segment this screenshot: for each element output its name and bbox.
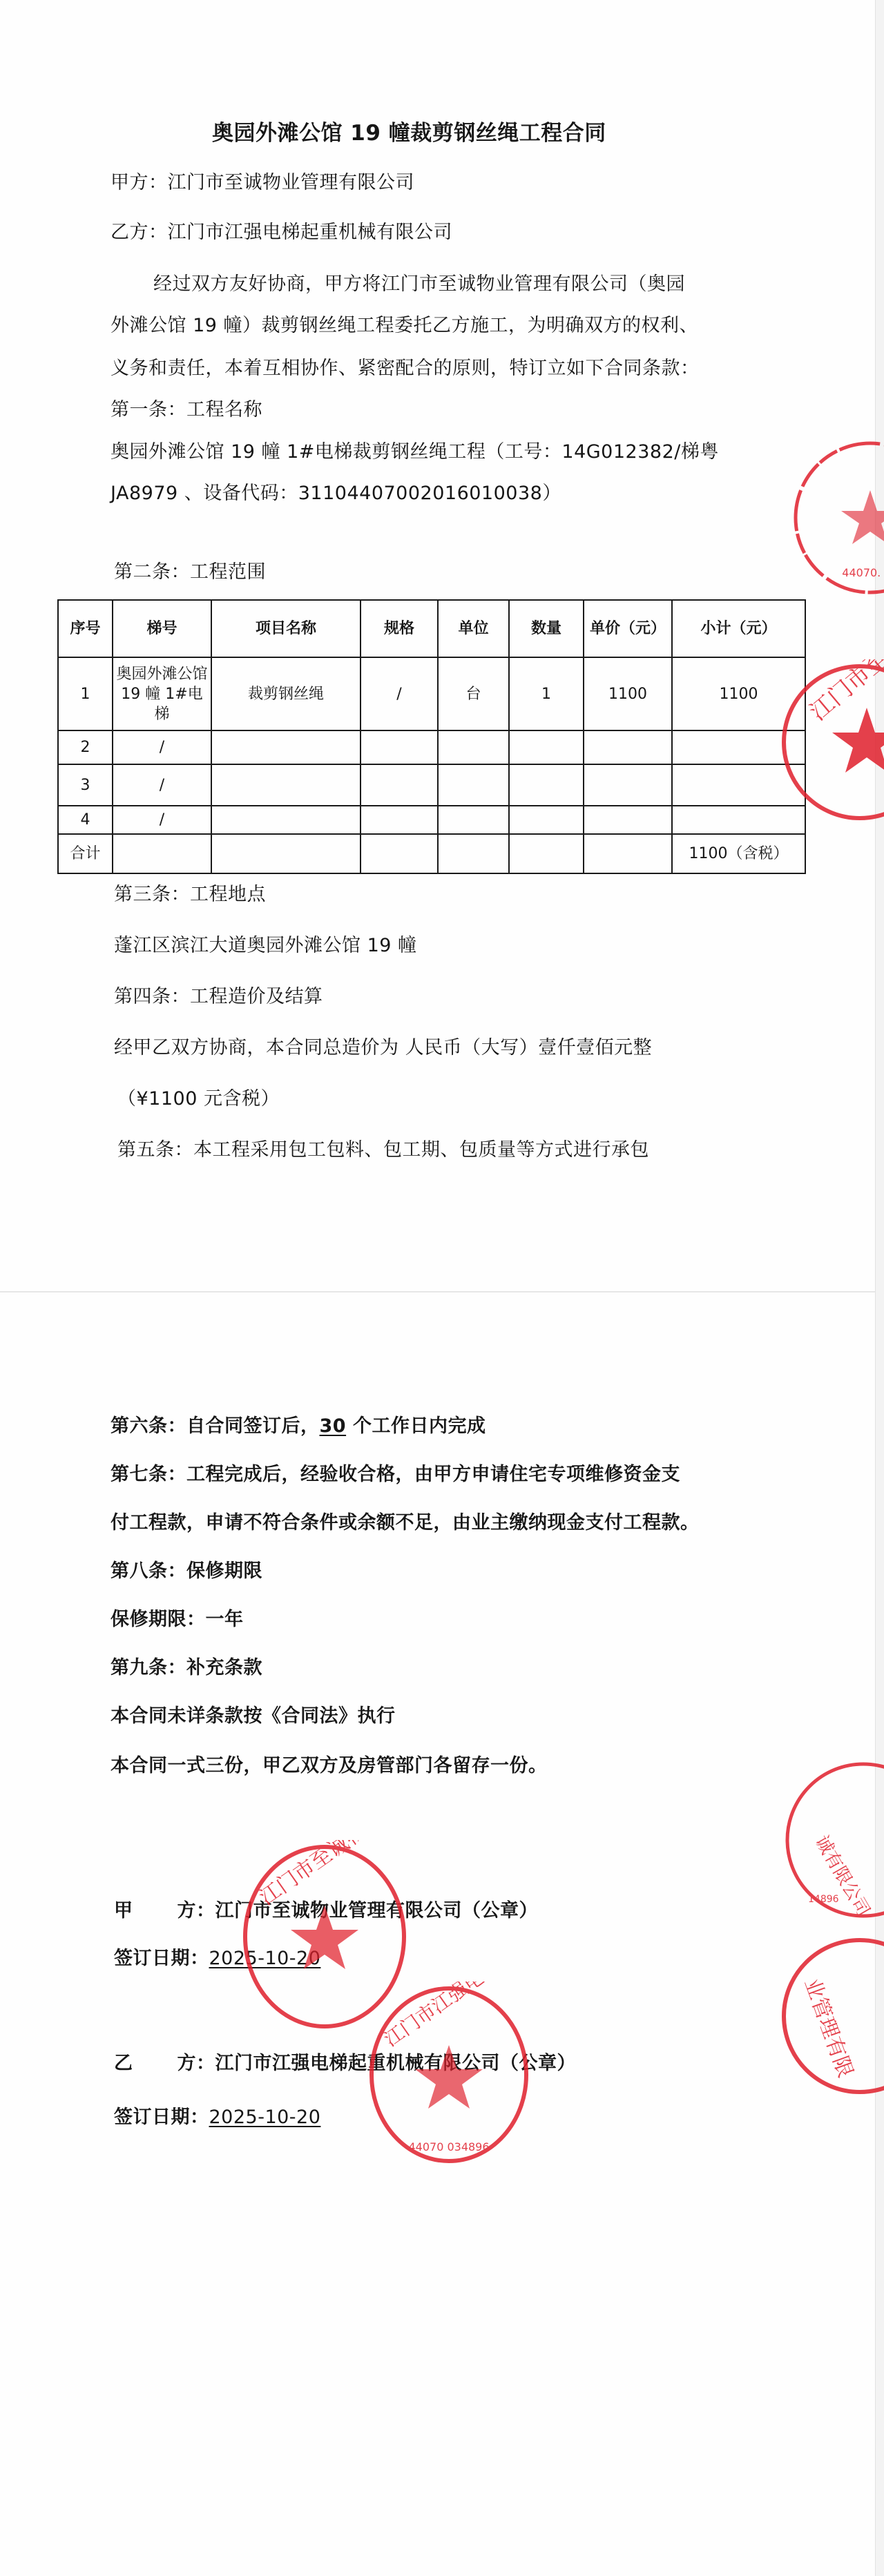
cell-qty — [509, 730, 584, 764]
cell-index: 4 — [58, 806, 113, 834]
article-4-heading: 第四条：工程造价及结算 — [114, 985, 323, 1009]
article-8-text: 保修期限：一年 — [110, 1607, 244, 1632]
article-5-text: 第五条：本工程采用包工包料、包工期、包质量等方式进行承包 — [117, 1138, 649, 1163]
article-6-line: 第六条：自合同签订后，30 个工作日内完成 — [110, 1414, 486, 1439]
article-6-days: 30 — [320, 1415, 347, 1437]
sign-party-b-date: 2025-10-20 — [209, 2107, 321, 2128]
article-7-line-1: 第七条：工程完成后，经验收合格，由甲方申请住宅专项维修资金支 — [110, 1462, 680, 1487]
sign-party-a-name: 江门市至诚物业管理有限公司（公章） — [215, 1900, 539, 1921]
table-row: 2 / — [58, 730, 805, 764]
sign-party-a-label-2: 方： — [177, 1900, 215, 1921]
table-row: 3 / — [58, 764, 805, 806]
empty-cell — [211, 834, 361, 873]
cell-elevator: / — [113, 764, 211, 806]
article-7-text-1: 工程完成后，经验收合格，由甲方申请住宅专项维修资金支 — [186, 1464, 680, 1485]
cell-qty — [509, 806, 584, 834]
cell-index: 3 — [58, 764, 113, 806]
cell-index: 2 — [58, 730, 113, 764]
empty-cell — [438, 834, 509, 873]
article-3-text: 蓬江区滨江大道奥园外滩公馆 19 幢 — [114, 933, 417, 958]
article-3-heading: 第三条：工程地点 — [114, 882, 266, 907]
table-header-row: 序号 梯号 项目名称 规格 单位 数量 单价（元） 小计（元） — [58, 600, 805, 657]
cell-unit-price — [584, 764, 672, 806]
sign-party-a-date-label: 签订日期： — [114, 1948, 209, 1969]
col-header-item: 项目名称 — [211, 600, 361, 657]
cell-unit — [438, 806, 509, 834]
cell-unit — [438, 730, 509, 764]
article-4-line-1: 经甲乙双方协商，本合同总造价为 人民币（大写）壹仟壹佰元整 — [114, 1036, 652, 1061]
cell-unit-price — [584, 730, 672, 764]
cell-item — [211, 806, 361, 834]
article-2-heading: 第二条：工程范围 — [114, 560, 266, 585]
col-header-index: 序号 — [58, 600, 113, 657]
col-header-subtotal: 小计（元） — [672, 600, 805, 657]
cell-elevator: 奥园外滩公馆 19 幢 1#电梯 — [113, 657, 211, 730]
col-header-qty: 数量 — [509, 600, 584, 657]
article-6-after: 个工作日内完成 — [346, 1415, 486, 1437]
table-row: 4 / — [58, 806, 805, 834]
article-9-line-2: 本合同一式三份，甲乙双方及房管部门各留存一份。 — [110, 1754, 548, 1779]
cell-qty — [509, 764, 584, 806]
sign-party-a-date-line: 签订日期：2025-10-20 — [114, 1946, 320, 1971]
sign-party-b: 乙方：江门市江强电梯起重机械有限公司（公章） — [114, 2051, 576, 2076]
cell-qty: 1 — [509, 657, 584, 730]
sign-party-b-name: 江门市江强电梯起重机械有限公司（公章） — [215, 2053, 577, 2074]
cell-spec: / — [361, 657, 438, 730]
empty-cell — [584, 834, 672, 873]
cell-spec — [361, 806, 438, 834]
col-header-unit-price: 单价（元） — [584, 600, 672, 657]
intro-line-2: 外滩公馆 19 幢）裁剪钢丝绳工程委托乙方施工，为明确双方的权利、 — [110, 313, 698, 338]
cell-item — [211, 764, 361, 806]
cell-elevator: / — [113, 730, 211, 764]
article-6-before: 自合同签订后， — [186, 1415, 320, 1437]
col-header-spec: 规格 — [361, 600, 438, 657]
article-6-prefix: 第六条： — [110, 1415, 186, 1437]
table-row: 1 奥园外滩公馆 19 幢 1#电梯 裁剪钢丝绳 / 台 1 1100 1100 — [58, 657, 805, 730]
cell-spec — [361, 730, 438, 764]
sign-party-b-date-line: 签订日期：2025-10-20 — [114, 2105, 320, 2130]
sign-party-a-date: 2025-10-20 — [209, 1948, 321, 1969]
sign-party-b-date-label: 签订日期： — [114, 2107, 209, 2128]
col-header-unit: 单位 — [438, 600, 509, 657]
party-a-label: 甲方： — [110, 172, 168, 193]
intro-line-1: 经过双方友好协商，甲方将江门市至诚物业管理有限公司（奥园 — [153, 272, 685, 297]
total-value: 1100（含税） — [672, 834, 805, 873]
sign-party-a: 甲方：江门市至诚物业管理有限公司（公章） — [114, 1899, 538, 1924]
cell-unit-price — [584, 806, 672, 834]
article-7-prefix: 第七条： — [110, 1464, 186, 1485]
party-b-label: 乙方： — [110, 222, 168, 243]
article-7-line-2: 付工程款，申请不符合条件或余额不足，由业主缴纳现金支付工程款。 — [110, 1511, 700, 1536]
party-a-name: 江门市至诚物业管理有限公司 — [168, 172, 415, 193]
article-9-line-1: 本合同未详条款按《合同法》执行 — [110, 1704, 396, 1729]
work-scope-table: 序号 梯号 项目名称 规格 单位 数量 单价（元） 小计（元） 1 奥园外滩公馆… — [57, 599, 806, 874]
cell-index: 1 — [58, 657, 113, 730]
table-total-row: 合计 1100（含税） — [58, 834, 805, 873]
scrollbar-track[interactable] — [875, 0, 884, 2576]
cell-subtotal — [672, 806, 805, 834]
party-a-line: 甲方：江门市至诚物业管理有限公司 — [110, 171, 414, 195]
article-1-line-2: JA8979 、设备代码：31104407002016010038） — [110, 481, 561, 506]
article-4-line-2: （¥1100 元含税） — [117, 1087, 280, 1112]
cell-item: 裁剪钢丝绳 — [211, 657, 361, 730]
party-b-line: 乙方：江门市江强电梯起重机械有限公司 — [110, 220, 452, 245]
cell-spec — [361, 764, 438, 806]
empty-cell — [509, 834, 584, 873]
empty-cell — [113, 834, 211, 873]
contract-title: 奥园外滩公馆 19 幢裁剪钢丝绳工程合同 — [212, 121, 606, 146]
cell-subtotal: 1100 — [672, 657, 805, 730]
party-b-name: 江门市江强电梯起重机械有限公司 — [168, 222, 453, 243]
intro-line-3: 义务和责任，本着互相协作、紧密配合的原则，特订立如下合同条款： — [110, 356, 700, 381]
article-1-line-1: 奥园外滩公馆 19 幢 1#电梯裁剪钢丝绳工程（工号：14G012382/梯粤 — [110, 440, 719, 465]
total-label: 合计 — [58, 834, 113, 873]
sign-party-a-label-1: 甲 — [114, 1900, 133, 1921]
cell-unit — [438, 764, 509, 806]
cell-unit: 台 — [438, 657, 509, 730]
empty-cell — [361, 834, 438, 873]
cell-item — [211, 730, 361, 764]
article-9-heading: 第九条：补充条款 — [110, 1656, 262, 1681]
sign-party-b-label-2: 方： — [177, 2053, 215, 2074]
col-header-elevator: 梯号 — [113, 600, 211, 657]
article-8-heading: 第八条：保修期限 — [110, 1559, 262, 1584]
article-1-heading: 第一条：工程名称 — [110, 398, 262, 423]
sign-party-b-label-1: 乙 — [114, 2053, 133, 2074]
cell-subtotal — [672, 730, 805, 764]
cell-subtotal — [672, 764, 805, 806]
cell-unit-price: 1100 — [584, 657, 672, 730]
cell-elevator: / — [113, 806, 211, 834]
